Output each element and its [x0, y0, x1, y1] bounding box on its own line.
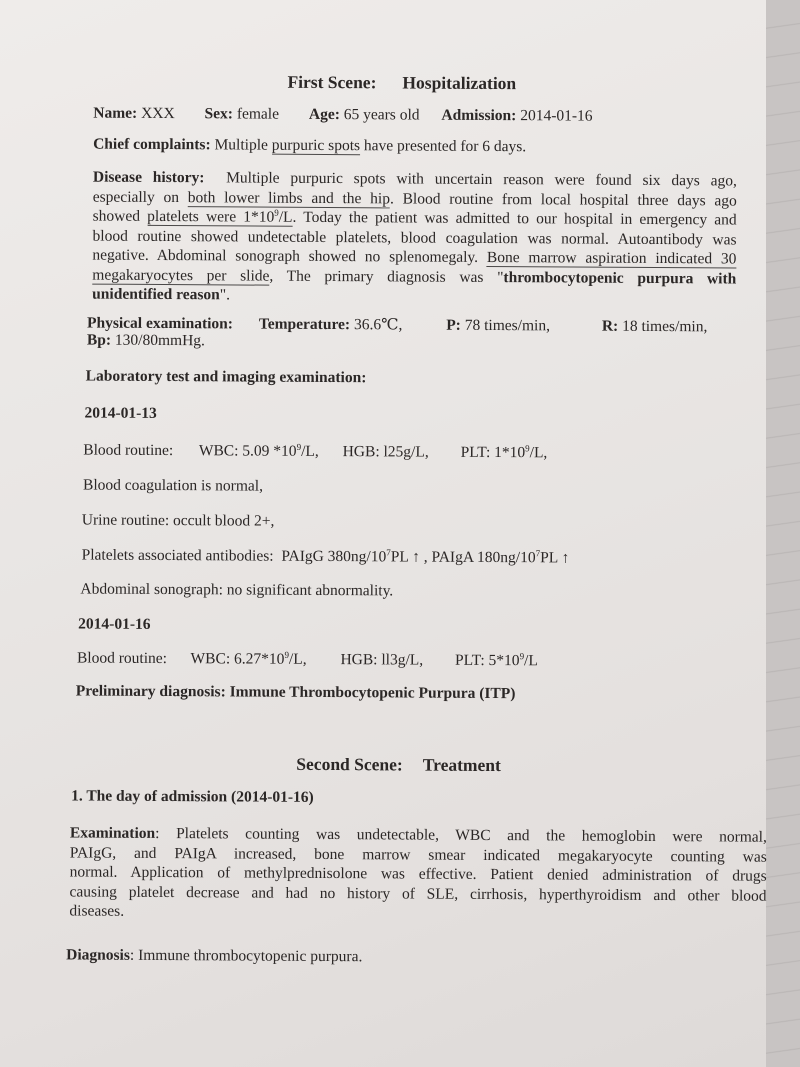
pulse-value: 78 times/min, — [465, 317, 550, 335]
hgb-1: HGB: l25g/L, — [343, 443, 429, 461]
respiration-value: 18 times/min, — [622, 318, 707, 336]
plt-1: PLT: 1*109/L, — [461, 444, 548, 462]
pen-underline: platelets were 1*109/L — [147, 208, 292, 227]
pen-underline: purpuric spots — [272, 137, 360, 156]
blood-pressure: Bp: 130/80mmHg. — [87, 332, 205, 351]
paiga: PAIgA 180ng/107PL ↑ — [431, 549, 569, 567]
admission-date: 2014-01-16 — [520, 107, 592, 124]
chief-complaints: Chief complaints: Multiple purpuric spot… — [93, 136, 526, 157]
blood-routine-1: Blood routine: WBC: 5.09 *109/L, HGB: l2… — [83, 442, 547, 463]
patient-name: XXX — [141, 105, 175, 122]
lab-heading: Laboratory test and imaging examination: — [86, 368, 367, 388]
hgb-2: HGB: ll3g/L, — [340, 651, 423, 669]
scene2-title: Second Scene:Treatment — [296, 754, 501, 776]
abdominal-sonograph: Abdominal sonograph: no significant abno… — [80, 581, 393, 601]
preliminary-diagnosis: Preliminary diagnosis: Immune Thrombocyt… — [76, 682, 516, 703]
pen-underline: Bone marrow aspiration indicated 30 — [487, 249, 737, 269]
platelet-antibodies: Platelets associated antibodies: PAIgG 3… — [82, 547, 570, 568]
scene1-title: First Scene:Hospitalization — [287, 72, 516, 94]
wbc-2: WBC: 6.27*109/L, — [191, 650, 307, 668]
coagulation-1: Blood coagulation is normal, — [83, 477, 263, 496]
urine-routine: Urine routine: occult blood 2+, — [82, 512, 275, 531]
temperature-value: 36.6℃, — [354, 316, 402, 333]
pen-underline: both lower limbs and the hip — [188, 189, 390, 208]
patient-sex: female — [237, 105, 279, 122]
plt-2: PLT: 5*109/L — [455, 652, 538, 670]
lab-date-1: 2014-01-13 — [84, 405, 156, 423]
patient-age: 65 years old — [344, 106, 420, 123]
wbc-1: WBC: 5.09 *109/L, — [199, 442, 319, 460]
lab-date-2: 2014-01-16 — [78, 615, 150, 633]
underlying-notebook-edge — [766, 0, 800, 1067]
pen-underline: megakaryocytes per slide — [92, 266, 269, 285]
disease-history: Disease history: Multiple purpuric spots… — [92, 168, 737, 308]
patient-info: Name: XXX Sex: female Age: 65 years old … — [93, 105, 592, 126]
diagnosis: Diagnosis: Immune thrombocytopenic purpu… — [66, 946, 362, 966]
paigg: PAIgG 380ng/107PL ↑ , — [281, 548, 427, 566]
admission-day-heading: 1. The day of admission (2014-01-16) — [71, 787, 314, 806]
examination-paragraph: Examination: Platelets counting was unde… — [69, 823, 767, 925]
document-content: First Scene:Hospitalization Name: XXX Se… — [0, 0, 766, 1067]
blood-routine-2: Blood routine: WBC: 6.27*109/L, HGB: ll3… — [77, 649, 538, 670]
